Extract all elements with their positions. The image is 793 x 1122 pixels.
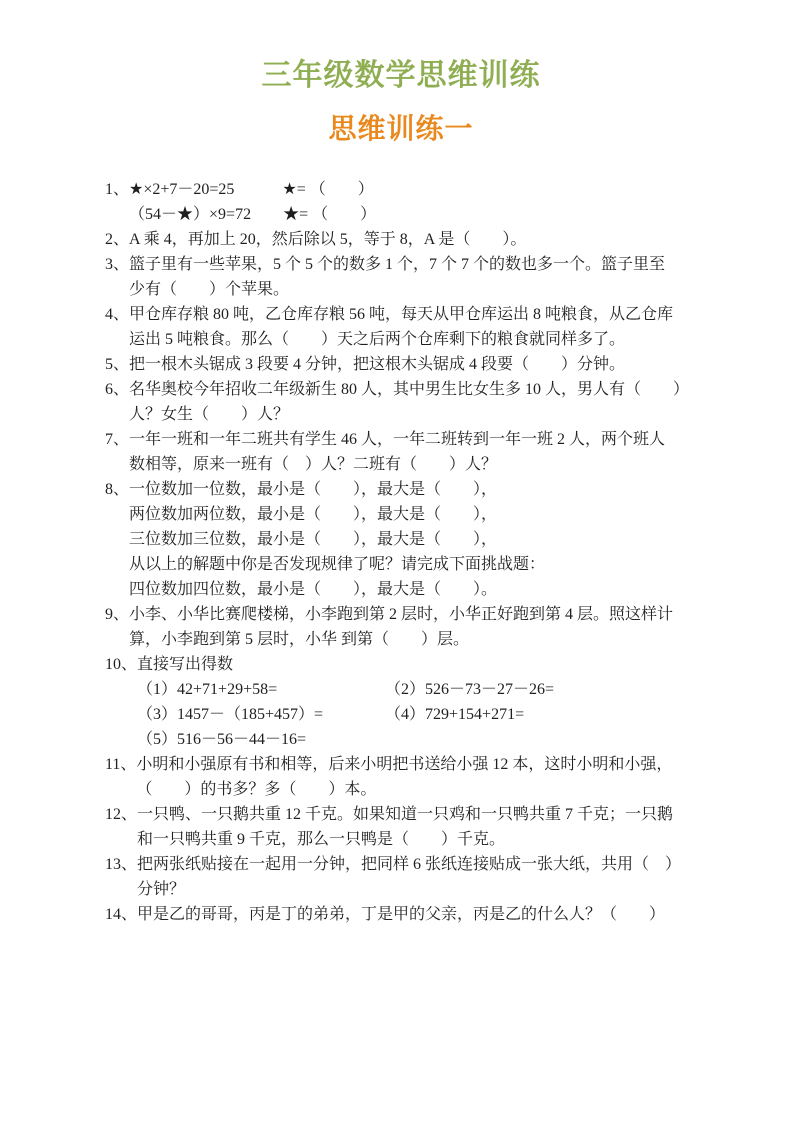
problem-body: 甲仓库存粮 80 吨，乙仓库存粮 56 吨，每天从甲仓库运出 8 吨粮食，从乙仓…: [129, 302, 697, 352]
problem-14: 14、 甲是乙的哥哥，丙是丁的弟弟，丁是甲的父亲，丙是乙的什么人？（ ）: [105, 902, 697, 927]
calc-item: （5）516－56－44－16=: [137, 727, 385, 752]
problem-line: 一位数加一位数，最小是（ ），最大是（ ），: [129, 477, 697, 502]
problems-list: 1、 ★×2+7－20=25 ★= （ ）（54－★）×9=72 ★= （ ） …: [105, 177, 697, 927]
page-title: 三年级数学思维训练: [105, 50, 697, 94]
problem-12: 12、 一只鸭、一只鹅共重 12 千克。如果知道一只鸡和一只鸭共重 7 千克；一…: [105, 802, 697, 852]
problem-line: 甲仓库存粮 80 吨，乙仓库存粮 56 吨，每天从甲仓库运出 8 吨粮食，从乙仓…: [129, 302, 697, 327]
problem-9: 9、 小李、小华比赛爬楼梯，小李跑到第 2 层时，小华正好跑到第 4 层。照这样…: [105, 602, 697, 652]
problem-line: 小明和小强原有书和相等，后来小明把书送给小强 12 本，这时小明和小强，: [136, 752, 697, 777]
problem-body: 一只鸭、一只鹅共重 12 千克。如果知道一只鸡和一只鸭共重 7 千克；一只鹅和一…: [137, 802, 697, 852]
problem-line: （54－★）×9=72 ★= （ ）: [129, 202, 697, 227]
problem-line: 运出 5 吨粮食。那么（ ）天之后两个仓库剩下的粮食就同样多了。: [129, 327, 697, 352]
problem-body: ★×2+7－20=25 ★= （ ）（54－★）×9=72 ★= （ ）: [129, 177, 697, 227]
problem-line: 名华奥校今年招收二年级新生 80 人，其中男生比女生多 10 人，男人有（ ）: [129, 377, 697, 402]
worksheet-page: 三年级数学思维训练 思维训练一 1、 ★×2+7－20=25 ★= （ ）（54…: [0, 0, 793, 1122]
problem-number: 10、: [105, 652, 137, 677]
calc-item: （4）729+154+271=: [385, 702, 697, 727]
problem-line: 分钟？: [137, 877, 697, 902]
calc-item: （1）42+71+29+58=: [137, 677, 385, 702]
problem-line: 和一只鸭共重 9 千克，那么一只鸭是（ ）千克。: [137, 827, 697, 852]
problem-line: 三位数加三位数，最小是（ ），最大是（ ），: [129, 527, 697, 552]
problem-13: 13、 把两张纸贴接在一起用一分钟，把同样 6 张纸连接贴成一张大纸，共用（ ）…: [105, 852, 697, 902]
problem-line: 一年一班和一年二班共有学生 46 人，一年二班转到一年一班 2 人，两个班人: [129, 427, 697, 452]
problem-6: 6、 名华奥校今年招收二年级新生 80 人，其中男生比女生多 10 人，男人有（…: [105, 377, 697, 427]
calc-item: （2）526－73－27－26=: [385, 677, 697, 702]
calc-row: （1）42+71+29+58=（2）526－73－27－26=: [137, 677, 697, 702]
problem-number: 2、: [105, 227, 129, 252]
problem-7: 7、 一年一班和一年二班共有学生 46 人，一年二班转到一年一班 2 人，两个班…: [105, 427, 697, 477]
problem-3: 3、 篮子里有一些苹果，5 个 5 个的数多 1 个，7 个 7 个的数也多一个…: [105, 252, 697, 302]
problem-8: 8、 一位数加一位数，最小是（ ），最大是（ ），两位数加两位数，最小是（ ），…: [105, 477, 697, 602]
problem-number: 6、: [105, 377, 129, 402]
problem-body: 直接写出得数（1）42+71+29+58=（2）526－73－27－26=（3）…: [137, 652, 697, 752]
problem-4: 4、 甲仓库存粮 80 吨，乙仓库存粮 56 吨，每天从甲仓库运出 8 吨粮食，…: [105, 302, 697, 352]
calc-item: （3）1457－（185+457）=: [137, 702, 385, 727]
problem-line: 两位数加两位数，最小是（ ），最大是（ ），: [129, 502, 697, 527]
problem-5: 5、 把一根木头锯成 3 段要 4 分钟，把这根木头锯成 4 段要（ ）分钟。: [105, 352, 697, 377]
problem-body: 一年一班和一年二班共有学生 46 人，一年二班转到一年一班 2 人，两个班人数相…: [129, 427, 697, 477]
page-subtitle: 思维训练一: [105, 107, 697, 147]
problem-line: 篮子里有一些苹果，5 个 5 个的数多 1 个，7 个 7 个的数也多一个。篮子…: [129, 252, 697, 277]
problem-line: 把两张纸贴接在一起用一分钟，把同样 6 张纸连接贴成一张大纸，共用（ ）: [137, 852, 697, 877]
calc-row: （3）1457－（185+457）=（4）729+154+271=: [137, 702, 697, 727]
problem-2: 2、 A 乘 4，再加上 20，然后除以 5，等于 8，A 是（ ）。: [105, 227, 697, 252]
problem-body: 篮子里有一些苹果，5 个 5 个的数多 1 个，7 个 7 个的数也多一个。篮子…: [129, 252, 697, 302]
problem-number: 11、: [105, 752, 136, 777]
problem-body: 把两张纸贴接在一起用一分钟，把同样 6 张纸连接贴成一张大纸，共用（ ）分钟？: [137, 852, 697, 902]
problem-number: 12、: [105, 802, 137, 827]
problem-number: 3、: [105, 252, 129, 277]
problem-line: A 乘 4，再加上 20，然后除以 5，等于 8，A 是（ ）。: [129, 227, 697, 252]
calc-row: （5）516－56－44－16=: [137, 727, 697, 752]
problem-number: 13、: [105, 852, 137, 877]
problem-number: 1、: [105, 177, 129, 202]
problem-number: 9、: [105, 602, 129, 627]
problem-line: （ ）的书多？多（ ）本。: [136, 777, 697, 802]
problem-line: 人？女生（ ）人？: [129, 402, 697, 427]
problem-1: 1、 ★×2+7－20=25 ★= （ ）（54－★）×9=72 ★= （ ）: [105, 177, 697, 227]
problem-line: 少有（ ）个苹果。: [129, 277, 697, 302]
problem-line: 甲是乙的哥哥，丙是丁的弟弟，丁是甲的父亲，丙是乙的什么人？（ ）: [137, 902, 697, 927]
problem-body: 把一根木头锯成 3 段要 4 分钟，把这根木头锯成 4 段要（ ）分钟。: [129, 352, 697, 377]
problem-line: 一只鸭、一只鹅共重 12 千克。如果知道一只鸡和一只鸭共重 7 千克；一只鹅: [137, 802, 697, 827]
problem-number: 7、: [105, 427, 129, 452]
problem-line: 从以上的解题中你是否发现规律了呢？请完成下面挑战题：: [129, 552, 697, 577]
problem-body: 小李、小华比赛爬楼梯，小李跑到第 2 层时，小华正好跑到第 4 层。照这样计算，…: [129, 602, 697, 652]
problem-body: 名华奥校今年招收二年级新生 80 人，其中男生比女生多 10 人，男人有（ ）人…: [129, 377, 697, 427]
problem-number: 4、: [105, 302, 129, 327]
problem-line: 四位数加四位数，最小是（ ），最大是（ ）。: [129, 577, 697, 602]
problem-line: 直接写出得数: [137, 652, 697, 677]
problem-line: ★×2+7－20=25 ★= （ ）: [129, 177, 697, 202]
problem-10: 10、 直接写出得数（1）42+71+29+58=（2）526－73－27－26…: [105, 652, 697, 752]
problem-body: 甲是乙的哥哥，丙是丁的弟弟，丁是甲的父亲，丙是乙的什么人？（ ）: [137, 902, 697, 927]
problem-number: 5、: [105, 352, 129, 377]
problem-body: A 乘 4，再加上 20，然后除以 5，等于 8，A 是（ ）。: [129, 227, 697, 252]
problem-line: 把一根木头锯成 3 段要 4 分钟，把这根木头锯成 4 段要（ ）分钟。: [129, 352, 697, 377]
problem-number: 14、: [105, 902, 137, 927]
problem-11: 11、 小明和小强原有书和相等，后来小明把书送给小强 12 本，这时小明和小强，…: [105, 752, 697, 802]
problem-body: 一位数加一位数，最小是（ ），最大是（ ），两位数加两位数，最小是（ ），最大是…: [129, 477, 697, 602]
problem-number: 8、: [105, 477, 129, 502]
problem-line: 小李、小华比赛爬楼梯，小李跑到第 2 层时，小华正好跑到第 4 层。照这样计: [129, 602, 697, 627]
problem-body: 小明和小强原有书和相等，后来小明把书送给小强 12 本，这时小明和小强，（ ）的…: [136, 752, 697, 802]
problem-line: 数相等，原来一班有（ ）人？二班有（ ）人？: [129, 452, 697, 477]
problem-line: 算，小李跑到第 5 层时，小华 到第（ ）层。: [129, 627, 697, 652]
